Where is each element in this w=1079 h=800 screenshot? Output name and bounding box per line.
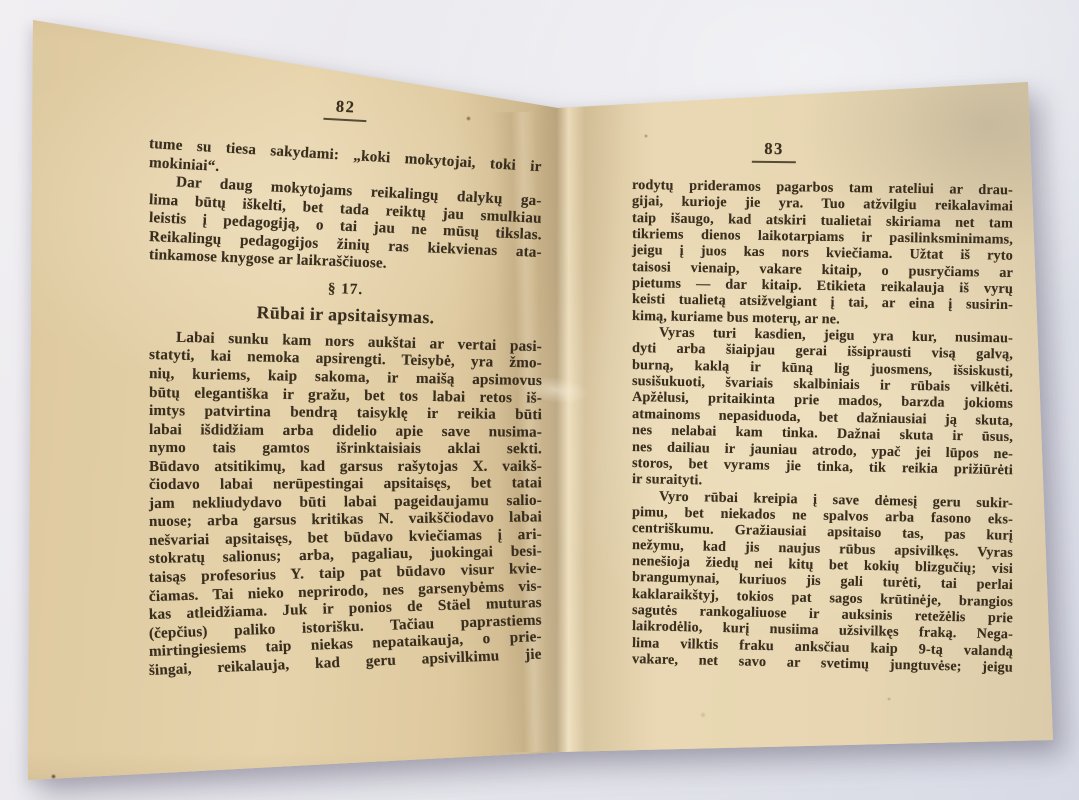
page-number-82: 82 <box>323 96 368 122</box>
book-pages-spread: 82 tume su tiesa sakydami: „koki mokytoj… <box>0 0 1079 800</box>
page-number-left: 82 <box>149 86 543 132</box>
page-83-text: rodytų prideramos pagarbos tam rateliui … <box>632 177 1013 667</box>
foxing-spot <box>51 774 56 779</box>
page-number-right: 83 <box>583 136 965 165</box>
page-82-text: tume su tiesa sakydami: „koki mokytojai,… <box>149 135 542 680</box>
text-line: Būdavo atsitikimų, kad garsus rašytojas … <box>149 457 542 476</box>
page-number-83: 83 <box>752 139 796 164</box>
foxing-spot <box>887 697 891 701</box>
open-book: 82 tume su tiesa sakydami: „koki mokytoj… <box>0 0 1079 800</box>
text-line: nymo tais gamtos išrinktaisiais aklai se… <box>149 439 542 459</box>
foxing-spot <box>700 712 706 718</box>
wall-background: 82 tume su tiesa sakydami: „koki mokytoj… <box>0 0 1079 800</box>
